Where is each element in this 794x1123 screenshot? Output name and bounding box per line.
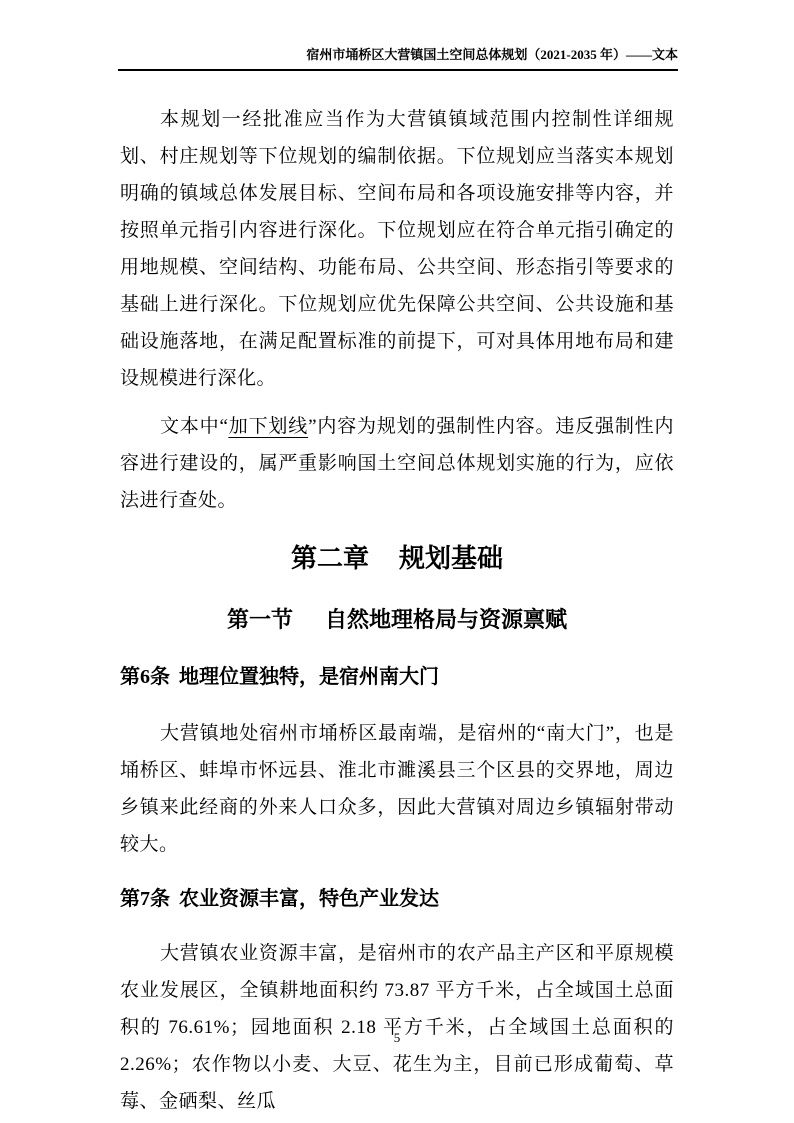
page-number: 5 xyxy=(394,1030,401,1045)
article-6-heading: 第6条地理位置独特，是宿州南大门 xyxy=(120,661,674,693)
section-label: 第一节 xyxy=(227,607,293,632)
paragraph-mandatory-content: 文本中“加下划线”内容为规划的强制性内容。违反强制性内容进行建设的，属严重影响国… xyxy=(120,408,674,519)
article-6-label: 第6条 xyxy=(120,666,170,688)
page-header: 宿州市埇桥区大营镇国土空间总体规划（2021-2035 年）——文本 xyxy=(118,0,678,71)
page-footer: 5 xyxy=(0,1031,794,1045)
section-title: 自然地理格局与资源禀赋 xyxy=(325,607,567,632)
article-7-heading: 第7条农业资源丰富，特色产业发达 xyxy=(120,883,674,915)
article-6-title: 地理位置独特，是宿州南大门 xyxy=(179,666,439,688)
para2-prefix: 文本中“ xyxy=(160,416,228,437)
paragraph-article-6: 大营镇地处宿州市埇桥区最南端，是宿州的“南大门”，也是埇桥区、蚌埠市怀远县、淮北… xyxy=(120,715,674,863)
para2-underlined-term: 加下划线 xyxy=(228,416,308,437)
document-content: 本规划一经批准应当作为大营镇镇域范围内控制性详细规划、村庄规划等下位规划的编制依… xyxy=(120,101,674,1120)
chapter-label: 第二章 xyxy=(291,544,369,573)
header-title: 宿州市埇桥区大营镇国土空间总体规划（2021-2035 年）——文本 xyxy=(306,47,678,62)
document-page: 宿州市埇桥区大营镇国土空间总体规划（2021-2035 年）——文本 本规划一经… xyxy=(0,0,794,1123)
article-7-title: 农业资源丰富，特色产业发达 xyxy=(179,888,439,910)
article-7-label: 第7条 xyxy=(120,888,170,910)
paragraph-article-7: 大营镇农业资源丰富，是宿州市的农产品主产区和平原规模农业发展区，全镇耕地面积约 … xyxy=(120,935,674,1120)
chapter-heading: 第二章规划基础 xyxy=(120,539,674,579)
section-heading: 第一节自然地理格局与资源禀赋 xyxy=(120,603,674,637)
paragraph-plan-approval-basis: 本规划一经批准应当作为大营镇镇域范围内控制性详细规划、村庄规划等下位规划的编制依… xyxy=(120,101,674,397)
chapter-title: 规划基础 xyxy=(399,544,503,573)
